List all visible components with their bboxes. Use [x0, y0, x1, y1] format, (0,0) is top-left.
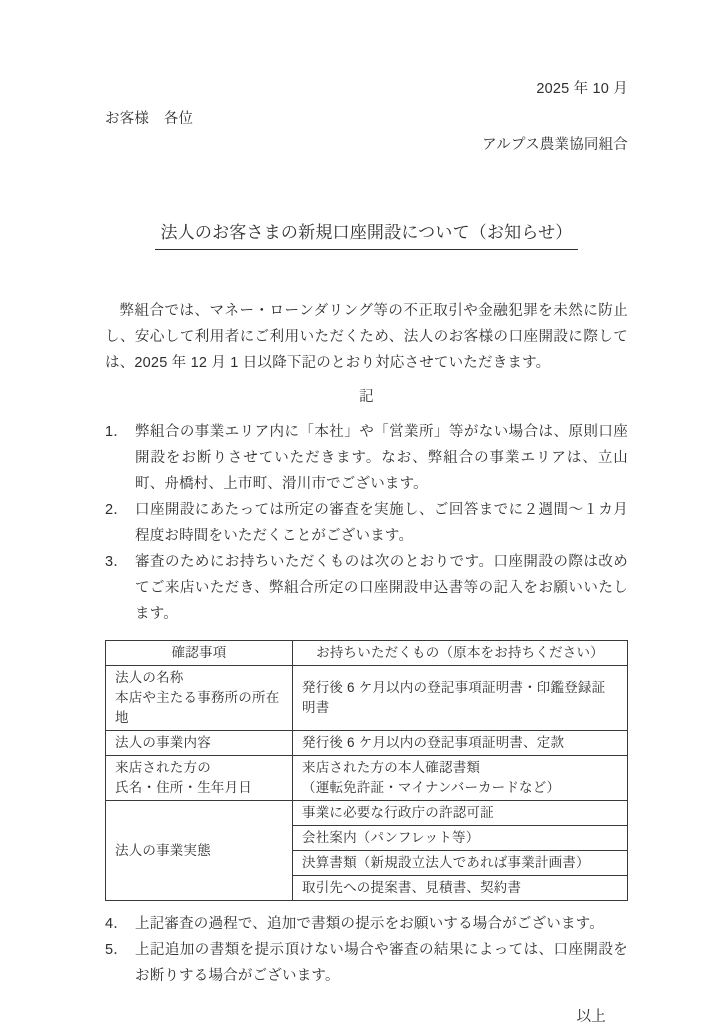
table-row: 法人の事業実態 事業に必要な行政庁の許認可証: [106, 801, 628, 826]
table-header-confirmation-item: 確認事項: [106, 641, 293, 666]
item-text: 上記追加の書類を提示頂けない場合や審査の結果によっては、口座開設をお断りする場合…: [135, 937, 628, 989]
item-text: 審査のためにお持ちいただくものは次のとおりです。口座開設の際は改めてご来店いただ…: [135, 549, 628, 627]
cell-line: 来店された方の本人確認書類: [302, 758, 618, 778]
closing-marker: 以上: [105, 1004, 628, 1024]
table-row: 法人の名称 本店や主たる事務所の所在地 発行後 6 ケ月以内の登記事項証明書・印…: [106, 666, 628, 731]
table-header-required-documents: お持ちいただくもの（原本をお持ちください）: [293, 641, 628, 666]
requirements-table: 確認事項 お持ちいただくもの（原本をお持ちください） 法人の名称 本店や主たる事…: [105, 640, 628, 901]
item-number: 3．: [105, 549, 135, 575]
cell-business-status: 法人の事業実態: [106, 801, 293, 901]
cell-business-content: 法人の事業内容: [106, 731, 293, 756]
numbered-list: 1． 弊組合の事業エリア内に「本社」や「営業所」等がない場合は、原則口座開設をお…: [105, 419, 628, 627]
cell-line: 来店された方の: [115, 758, 283, 778]
cell-line: 法人の名称: [115, 668, 283, 688]
cell-business-status-doc-4: 取引先への提案書、見積書、契約書: [293, 876, 628, 901]
cell-business-content-docs: 発行後 6 ケ月以内の登記事項証明書、定款: [293, 731, 628, 756]
cell-visitor-identity: 来店された方の 氏名・住所・生年月日: [106, 756, 293, 801]
record-marker: 記: [105, 384, 628, 410]
item-text: 口座開設にあたっては所定の審査を実施し、ご回答までに２週間～１カ月程度お時間をい…: [135, 497, 628, 549]
list-item-5: 5． 上記追加の書類を提示頂けない場合や審査の結果によっては、口座開設をお断りす…: [105, 937, 628, 989]
table-row: 来店された方の 氏名・住所・生年月日 来店された方の本人確認書類 （運転免許証・…: [106, 756, 628, 801]
sender-name: アルプス農業協同組合: [105, 132, 628, 158]
cell-line: （運転免許証・マイナンバーカードなど）: [302, 778, 618, 798]
item-number: 4．: [105, 911, 135, 937]
intro-paragraph: 弊組合では、マネー・ローンダリング等の不正取引や金融犯罪を未然に防止し、安心して…: [105, 298, 628, 376]
document-page: 2025 年 10 月 お客様 各位 アルプス農業協同組合 法人のお客さまの新規…: [0, 0, 724, 1024]
cell-line: 氏名・住所・生年月日: [115, 778, 283, 798]
cell-visitor-identity-docs: 来店された方の本人確認書類 （運転免許証・マイナンバーカードなど）: [293, 756, 628, 801]
item-text: 弊組合の事業エリア内に「本社」や「営業所」等がない場合は、原則口座開設をお断りさ…: [135, 419, 628, 497]
item-text: 上記審査の過程で、追加で書類の提示をお願いする場合がございます。: [135, 911, 628, 937]
item-number: 2．: [105, 497, 135, 523]
cell-corporate-name-docs: 発行後 6 ケ月以内の登記事項証明書・印鑑登録証明書: [293, 666, 628, 731]
cell-corporate-name: 法人の名称 本店や主たる事務所の所在地: [106, 666, 293, 731]
table-header-row: 確認事項 お持ちいただくもの（原本をお持ちください）: [106, 641, 628, 666]
list-item-2: 2． 口座開設にあたっては所定の審査を実施し、ご回答までに２週間～１カ月程度お時…: [105, 497, 628, 549]
list-item-4: 4． 上記審査の過程で、追加で書類の提示をお願いする場合がございます。: [105, 911, 628, 937]
list-item-1: 1． 弊組合の事業エリア内に「本社」や「営業所」等がない場合は、原則口座開設をお…: [105, 419, 628, 497]
cell-business-status-doc-1: 事業に必要な行政庁の許認可証: [293, 801, 628, 826]
document-title: 法人のお客さまの新規口座開設について（お知らせ）: [155, 220, 579, 250]
item-number: 1．: [105, 419, 135, 445]
item-number: 5．: [105, 937, 135, 963]
numbered-list-after-table: 4． 上記審査の過程で、追加で書類の提示をお願いする場合がございます。 5． 上…: [105, 911, 628, 989]
table-row: 法人の事業内容 発行後 6 ケ月以内の登記事項証明書、定款: [106, 731, 628, 756]
cell-business-status-doc-2: 会社案内（パンフレット等）: [293, 826, 628, 851]
recipient-line: お客様 各位: [105, 106, 628, 132]
cell-business-status-doc-3: 決算書類（新規設立法人であれば事業計画書）: [293, 851, 628, 876]
list-item-3: 3． 審査のためにお持ちいただくものは次のとおりです。口座開設の際は改めてご来店…: [105, 549, 628, 627]
title-row: 法人のお客さまの新規口座開設について（お知らせ）: [105, 220, 628, 250]
date-line: 2025 年 10 月: [105, 76, 628, 102]
cell-line: 本店や主たる事務所の所在地: [115, 688, 283, 728]
